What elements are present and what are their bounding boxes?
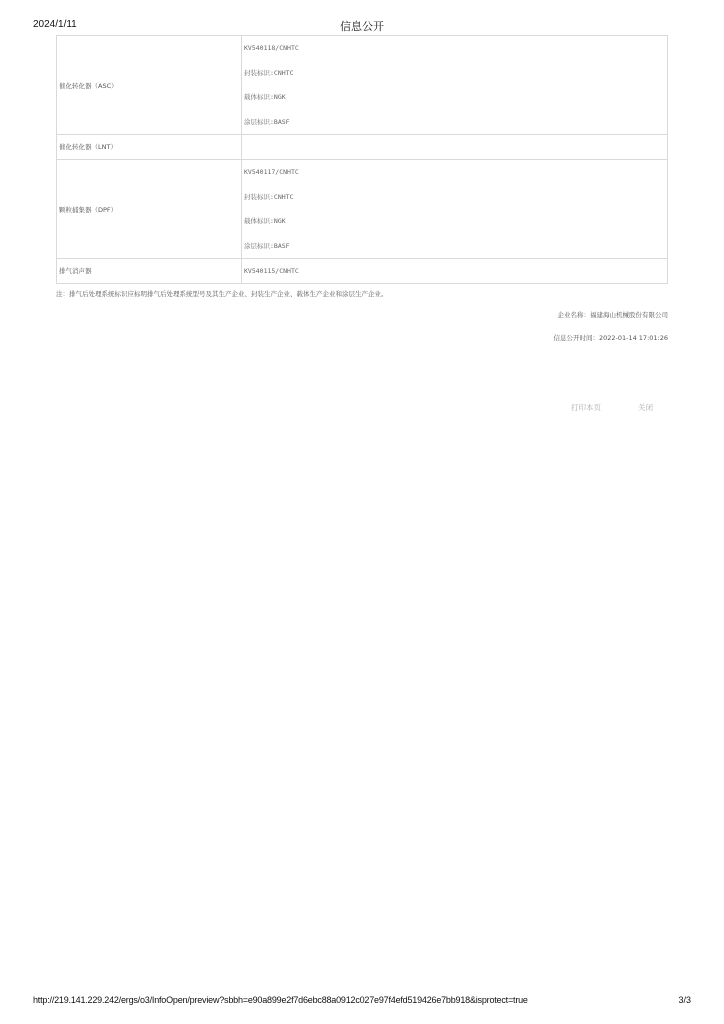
carrier-mark: 载体标识:NGK [244, 209, 665, 234]
package-mark: 封装标识:CNHTC [244, 61, 665, 86]
row-label: 催化转化器（ASC） [57, 36, 242, 135]
footer-url: http://219.141.229.242/ergs/o3/InfoOpen/… [33, 995, 528, 1005]
row-values [242, 135, 668, 160]
coating-mark: 涂层标识:BASF [244, 234, 665, 259]
model-value: KV540118/CNHTC [244, 36, 665, 61]
close-button[interactable]: 关闭 [638, 402, 653, 413]
model-value: KV540117/CNHTC [244, 160, 665, 185]
aftertreatment-table: 催化转化器（ASC） KV540118/CNHTC 封装标识:CNHTC 载体标… [56, 35, 668, 284]
page-number: 3/3 [678, 995, 691, 1005]
table-row: 催化转化器（LNT） [57, 135, 668, 160]
row-values: KV540117/CNHTC 封装标识:CNHTC 载体标识:NGK 涂层标识:… [242, 160, 668, 259]
package-mark: 封装标识:CNHTC [244, 185, 665, 210]
row-label: 催化转化器（LNT） [57, 135, 242, 160]
company-name: 企业名称：福建海山机械股份有限公司 [558, 310, 669, 319]
table-note: 注：排气后处理系统标识应标明排气后处理系统型号及其生产企业、封装生产企业、载体生… [56, 289, 388, 298]
table-row: 催化转化器（ASC） KV540118/CNHTC 封装标识:CNHTC 载体标… [57, 36, 668, 135]
table-row: 排气消声器 KV540115/CNHTC [57, 259, 668, 284]
coating-mark: 涂层标识:BASF [244, 110, 665, 135]
page-title: 信息公开 [0, 18, 724, 34]
row-label: 颗粒捕集器（DPF） [57, 160, 242, 259]
publish-time: 信息公开时间：2022-01-14 17:01:26 [553, 333, 668, 342]
table-row: 颗粒捕集器（DPF） KV540117/CNHTC 封装标识:CNHTC 载体标… [57, 160, 668, 259]
row-label: 排气消声器 [57, 259, 242, 284]
row-values: KV540118/CNHTC 封装标识:CNHTC 载体标识:NGK 涂层标识:… [242, 36, 668, 135]
print-page-button[interactable]: 打印本页 [571, 402, 601, 413]
carrier-mark: 载体标识:NGK [244, 85, 665, 110]
model-value: KV540115/CNHTC [242, 259, 668, 284]
